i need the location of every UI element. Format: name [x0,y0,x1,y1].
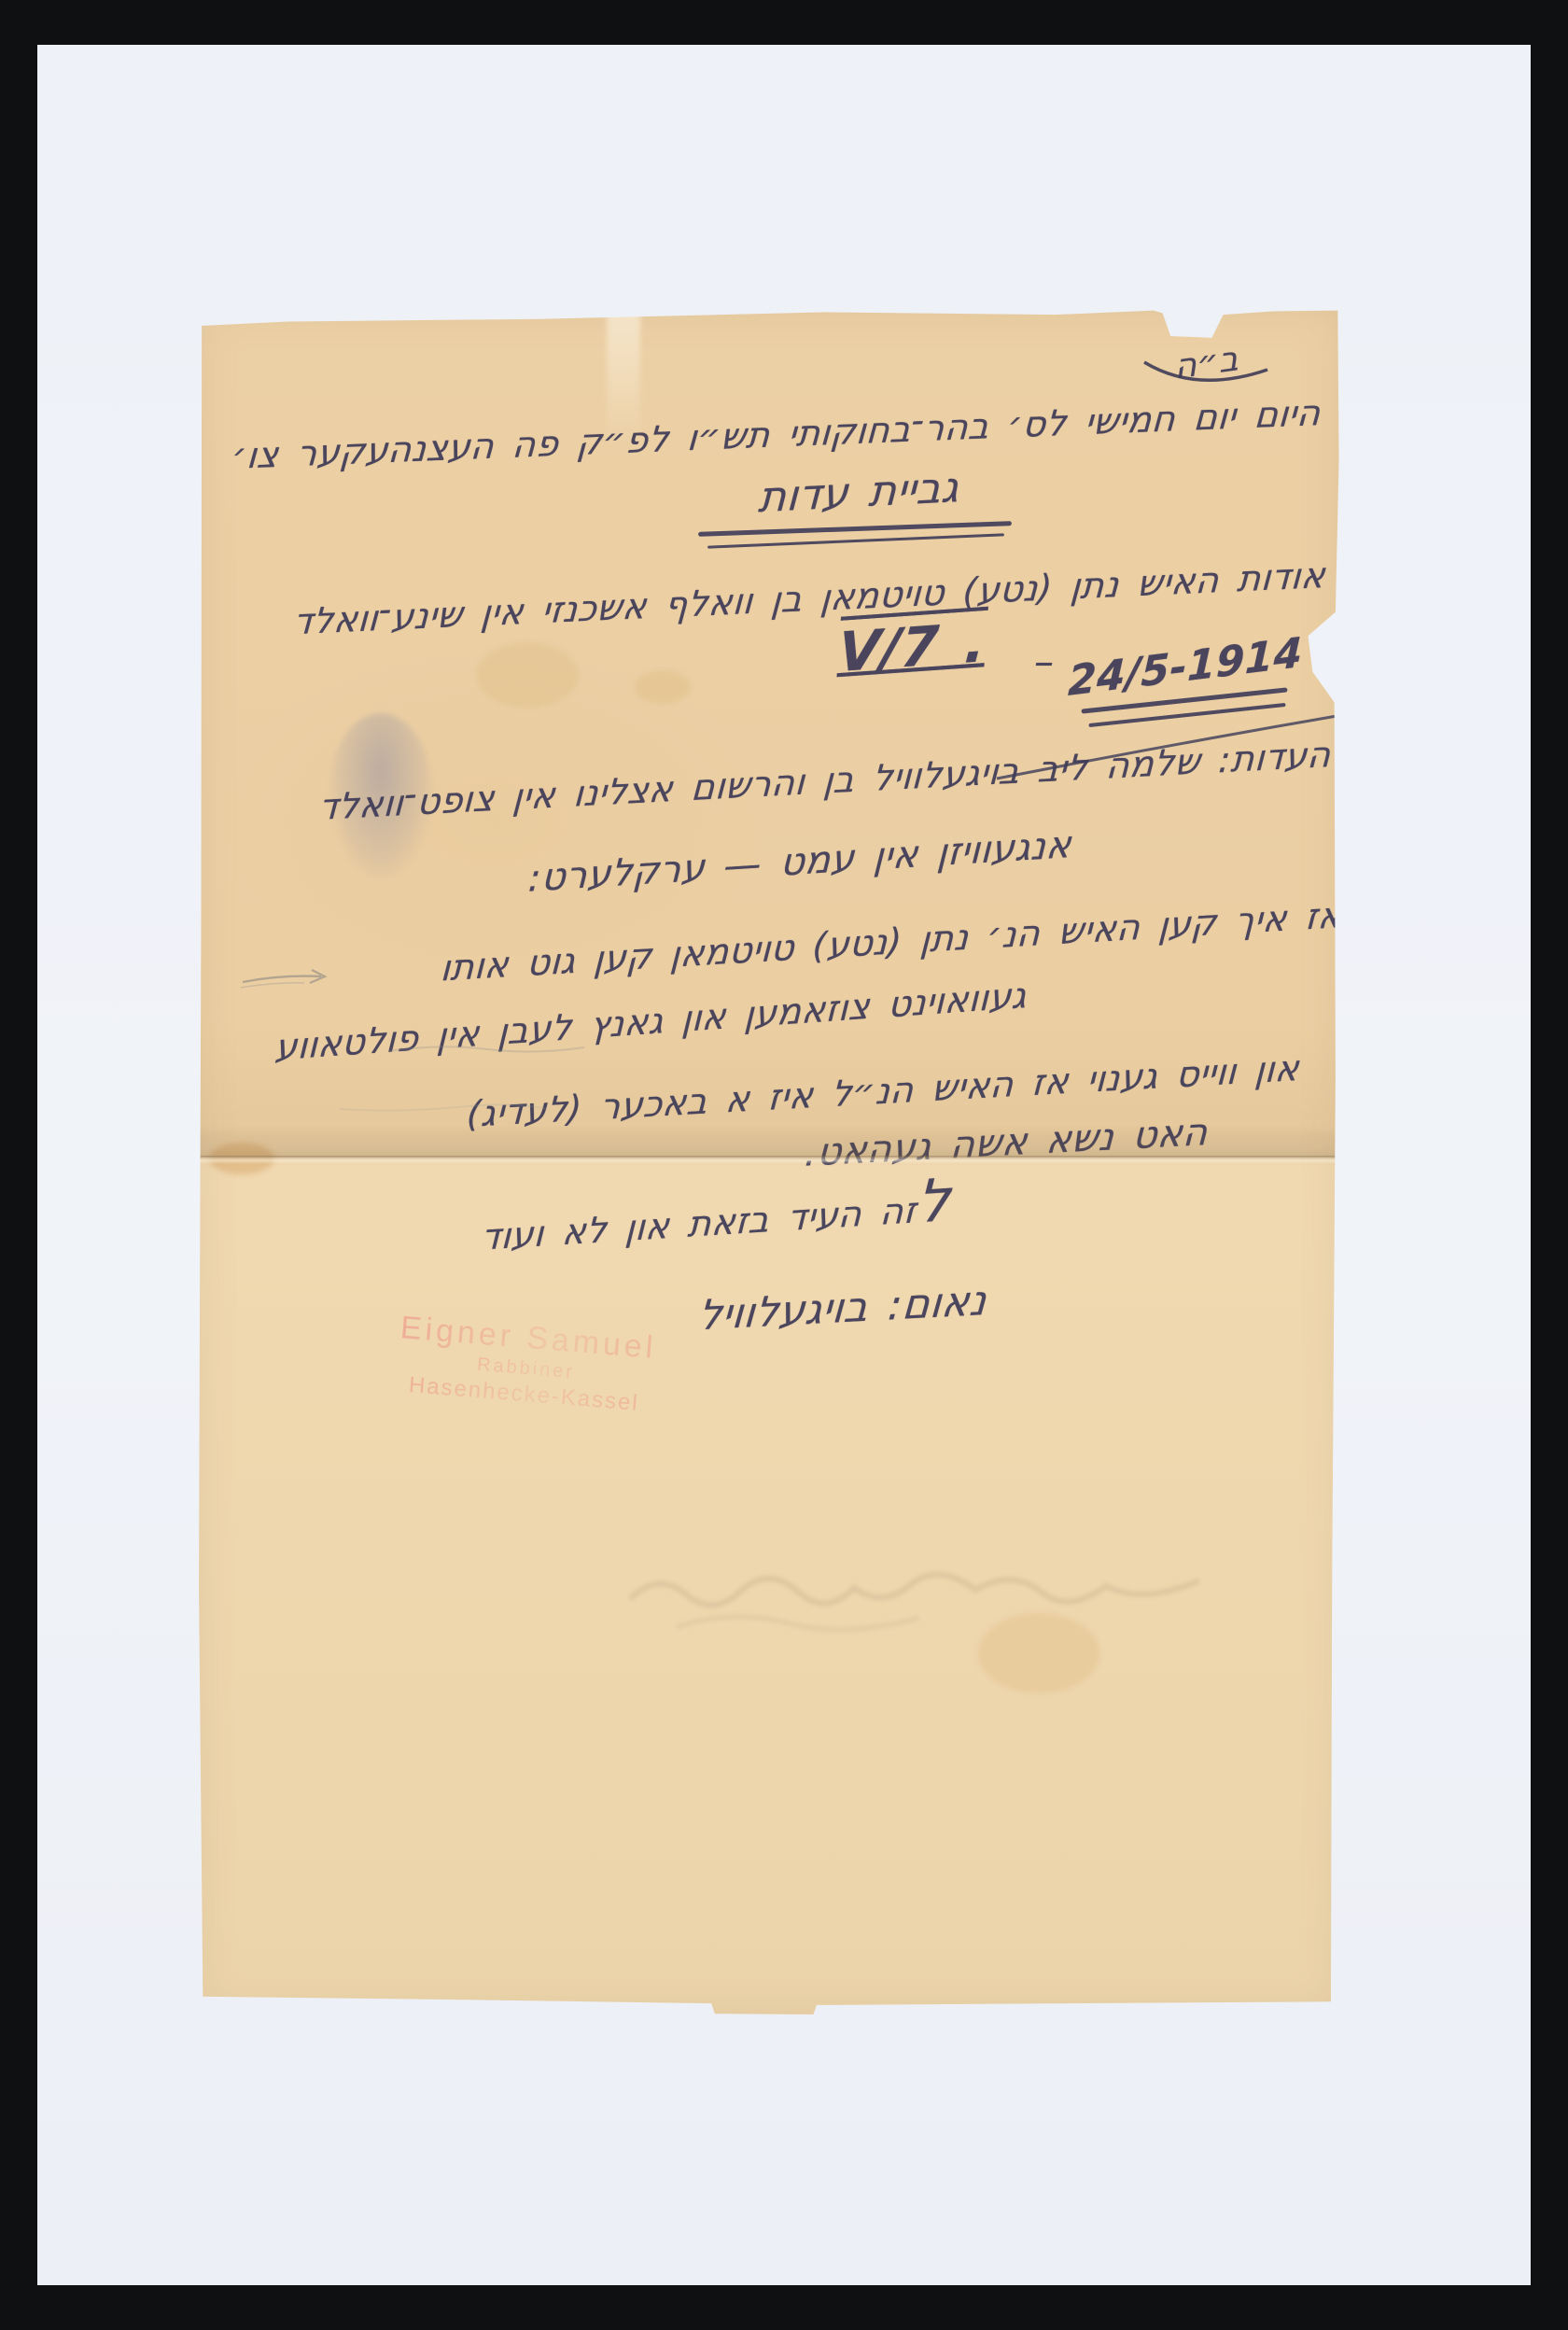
handwritten-closing-line: לזה העיד בזאת און לא ועוד [521,1187,952,1256]
scan-frame: ב״ה היום יום חמישי לס׳ בהר־בחוקותי תש״ו … [0,0,1568,2330]
pencil-scribble [385,1040,590,1059]
handwritten-signature-line: נאום: בויגעלוויל [665,1277,988,1341]
file-reference: V/7 . [836,611,988,685]
handwritten-statement-line: אז איך קען האיש הנ׳ נתן (נטע) טויטמאן קע… [316,894,1344,996]
handwritten-subject-line: אודות האיש נתן (נטע) טויטמאן בן וואלף אש… [249,554,1326,644]
document-paper: ב״ה היום יום חמישי לס׳ בהר־בחוקותי תש״ו … [196,306,1341,2014]
paper-stain [635,670,691,704]
handwritten-opening-line: היום יום חמישי לס׳ בהר־בחוקותי תש״ו לפ״ק… [265,392,1323,476]
rubber-stamp: Eigner Samuel Rabbiner Hasenhecke-Kassel [367,1308,686,1421]
bh-flourish [1141,353,1271,390]
date-dash: – [1034,639,1055,684]
bleed-through-handwriting [621,1543,1209,1655]
handwritten-heading: גביית עדות [704,459,1015,526]
paper-stain [476,642,579,708]
handwritten-declare-line: אנגעוויזן אין עמט — ערקלערט: [567,823,1073,898]
fold-crease [196,1156,1341,1164]
file-reference-number: V/7 . [836,611,988,685]
pencil-arrow-mark [239,963,336,993]
fold-crease-shadow [196,1126,1341,1158]
heading-underline [707,533,1004,548]
pencil-scribble [336,1100,551,1116]
